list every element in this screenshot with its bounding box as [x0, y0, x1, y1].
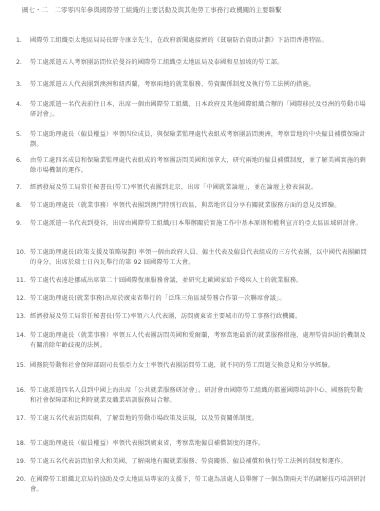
item-text: 勞工處派遣一名代表前往日本，出席一個由國際勞工組織、日本政府及其他國際組織合辦的…: [30, 100, 368, 119]
item-number: 11.: [16, 276, 28, 286]
item-number: 17.: [16, 414, 28, 424]
list-item: 9. 勞工處派遣一名代表到曼谷，出席由國際勞工組織/日本舉辦關於實施工作中基本原…: [16, 219, 368, 229]
item-text: 勞工處助理處長（僱員權益）率領四位成員，與保險業監理處代表組成考察團訪問澳洲，考…: [30, 130, 368, 149]
list-item: 11. 勞工處代表遠赴挪威出席第二十屆國際復康服務會議，並研究北歐國家給予殘疾人…: [16, 276, 368, 286]
item-number: 20.: [16, 475, 28, 485]
list-item: 8. 勞工處助理處長（就業事務）率領代表團到澳門特別行政區，與當地官員分享有關就…: [16, 201, 368, 211]
item-text: 勞工處助理處長(政策支援及策略規劃) 率領一個由政府人員、僱主代表及僱員代表組成…: [30, 248, 368, 267]
item-number: 14.: [16, 331, 28, 341]
list-item: 15. 國務院勞動和社會保障部副司長張亞力女士率領代表團訪問勞工處，就不同的勞工…: [16, 361, 368, 371]
item-text: 國務院勞動和社會保障部副司長張亞力女士率領代表團訪問勞工處，就不同的勞工問題交換…: [30, 361, 368, 371]
item-number: 7.: [16, 183, 28, 193]
list-item: 12. 勞工處助理處長(就業事務)出席於廣東省舉行的「泛珠三角區域勞務合作第一次…: [16, 294, 368, 304]
item-text: 由勞工處四名成員和保險業監理處代表組成的考察團訪問美國和加拿大，研究兩地的僱員補…: [30, 156, 368, 175]
item-number: 18.: [16, 439, 28, 449]
list-item: 2. 勞工處派遣五人考察團訪問位於曼谷的國際勞工組織亞太地區局及泰國和星加坡的勞…: [16, 58, 368, 68]
item-number: 3.: [16, 80, 28, 90]
item-text: 勞工處五名代表訪問加拿大和美國，了解兩地有關就業服務、勞資關係、僱員補償和執行勞…: [30, 457, 368, 467]
item-text: 勞工處助理處長(就業事務)出席於廣東省舉行的「泛珠三角區域勞務合作第一次聯席會議…: [30, 294, 368, 304]
list-item: 17. 勞工處五名代表訪問瑞典，了解當地的勞動市場政策及法規，以及勞資關係制度。: [16, 414, 368, 424]
list-item: 1. 國際勞工組織亞太地區局局長野寺康幸先生，在政府新聞處接濟的《貧窮防治資助計…: [16, 36, 368, 46]
list-item: 10. 勞工處助理處長(政策支援及策略規劃) 率領一個由政府人員、僱主代表及僱員…: [16, 248, 368, 267]
item-number: 10.: [16, 248, 28, 258]
item-text: 在國際勞工組織北京局的協助及亞太地區局專家的支援下，勞工處為該處人員舉辦了一個為…: [30, 475, 368, 494]
item-text: 勞工處代表遠赴挪威出席第二十屆國際復康服務會議，並研究北歐國家給予殘疾人士的就業…: [30, 276, 368, 286]
item-text: 勞工處派遣五人代表團到澳洲和紐西蘭，考察兩地的就業服務、勞資關係制度及執行勞工法…: [30, 80, 368, 90]
item-number: 12.: [16, 294, 28, 304]
item-text: 經濟發展及勞工局常任秘書長(勞工)率領六人代表團，訪問廣東省主要城市的勞工事務行…: [30, 312, 368, 322]
item-number: 13.: [16, 312, 28, 322]
item-number: 1.: [16, 36, 28, 46]
list-item: 4. 勞工處派遣一名代表前往日本，出席一個由國際勞工組織、日本政府及其他國際組織…: [16, 100, 368, 119]
item-text: 國際勞工組織亞太地區局局長野寺康幸先生，在政府新聞處接濟的《貧窮防治資助計劃》下…: [30, 36, 368, 46]
item-number: 9.: [16, 219, 28, 229]
list-item: 7. 經濟發展及勞工局常任秘書長(勞工)率領代表團到北京，出席「中國就業論壇」，…: [16, 183, 368, 193]
list-item: 5. 勞工處助理處長（僱員權益）率領四位成員，與保險業監理處代表組成考察團訪問澳…: [16, 130, 368, 149]
item-text: 勞工處派遣一名代表到曼谷，出席由國際勞工組織/日本舉辦關於實施工作中基本原則和權…: [30, 219, 368, 229]
list-item: 6. 由勞工處四名成員和保險業監理處代表組成的考察團訪問美國和加拿大，研究兩地的…: [16, 156, 368, 175]
list-item: 3. 勞工處派遣五人代表團到澳洲和紐西蘭，考察兩地的就業服務、勞資關係制度及執行…: [16, 80, 368, 90]
item-text: 勞工處五名代表訪問瑞典，了解當地的勞動市場政策及法規，以及勞資關係制度。: [30, 414, 368, 424]
item-text: 勞工處助理處長（就業事務）率領代表團到澳門特別行政區，與當地官員分享有關就業服務…: [30, 201, 368, 211]
list-item: 13. 經濟發展及勞工局常任秘書長(勞工)率領六人代表團，訪問廣東省主要城市的勞…: [16, 312, 368, 322]
item-number: 15.: [16, 361, 28, 371]
item-text: 勞工處派遣五人考察團訪問位於曼谷的國際勞工組織亞太地區局及泰國和星加坡的勞工部。: [30, 58, 368, 68]
list-item: 14. 勞工處助理處長（就業事務）率領五人代表團訪問英國和愛爾蘭，考察當地最新的…: [16, 331, 368, 350]
item-number: 2.: [16, 58, 28, 68]
item-text: 勞工處派遣四名人員到中國上海出席「公共就業服務研討會」。研討會由國際勞工組織的都…: [30, 386, 368, 405]
item-text: 勞工處助理處長（就業事務）率領五人代表團訪問英國和愛爾蘭，考察當地最新的就業服務…: [30, 331, 368, 350]
document-title: 圖七・二 二零零四年參與國際勞工組織的主要活動及與其他勞工事務行政機關的主要聯繫: [22, 6, 282, 14]
item-text: 勞工處助理處長（僱員權益）率領代表團到廣東省，考察當地僱員補償制度的運作。: [30, 439, 368, 449]
list-item: 19. 勞工處五名代表訪問加拿大和美國，了解兩地有關就業服務、勞資關係、僱員補償…: [16, 457, 368, 467]
list-item: 16. 勞工處派遣四名人員到中國上海出席「公共就業服務研討會」。研討會由國際勞工…: [16, 386, 368, 405]
item-number: 5.: [16, 130, 28, 140]
item-number: 6.: [16, 156, 28, 166]
item-text: 經濟發展及勞工局常任秘書長(勞工)率領代表團到北京，出席「中國就業論壇」，並在論…: [30, 183, 368, 193]
item-number: 8.: [16, 201, 28, 211]
list-item: 20. 在國際勞工組織北京局的協助及亞太地區局專家的支援下，勞工處為該處人員舉辦…: [16, 475, 368, 494]
item-number: 16.: [16, 386, 28, 396]
document-page: 圖七・二 二零零四年參與國際勞工組織的主要活動及與其他勞工事務行政機關的主要聯繫…: [0, 0, 380, 511]
list-item: 18. 勞工處助理處長（僱員權益）率領代表團到廣東省，考察當地僱員補償制度的運作…: [16, 439, 368, 449]
item-number: 4.: [16, 100, 28, 110]
item-number: 19.: [16, 457, 28, 467]
